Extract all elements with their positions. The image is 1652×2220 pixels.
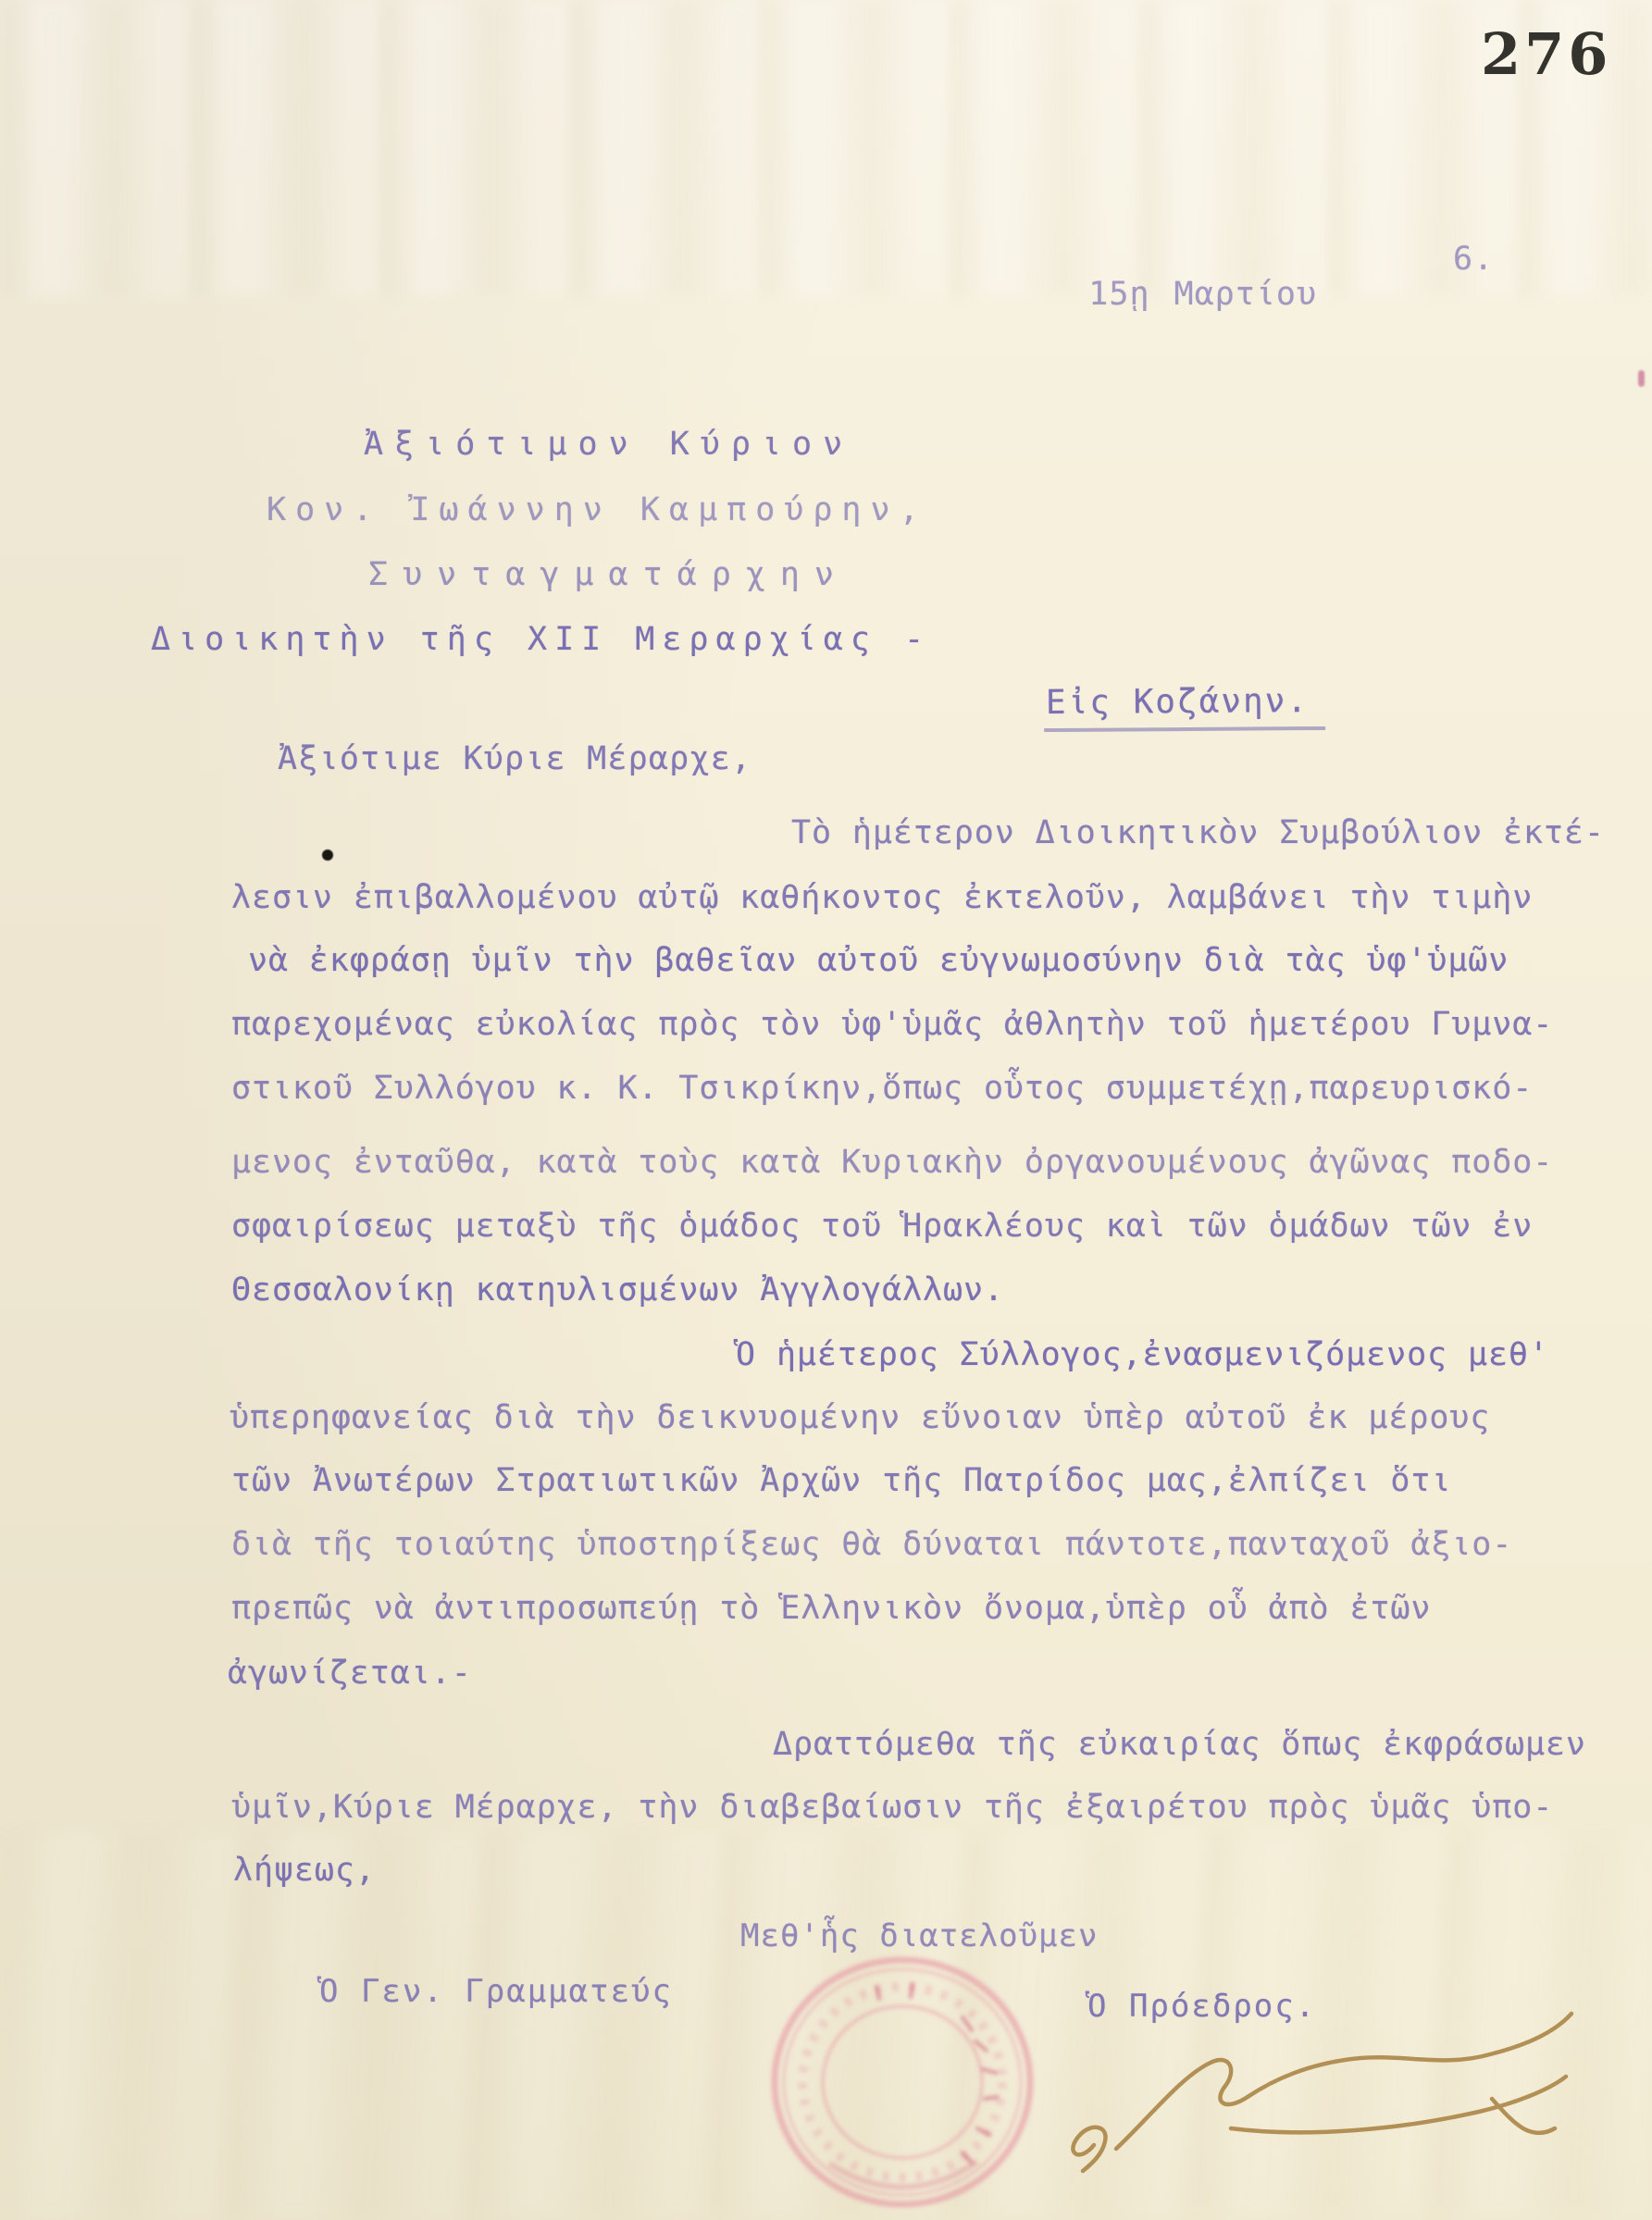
- ink-blot: [322, 850, 333, 861]
- body-line: διὰ τῆς τοιαύτης ὑποστηρίξεως θὰ δύναται…: [231, 1526, 1512, 1563]
- body-line: τῶν Ἀνωτέρων Στρατιωτικῶν Ἀρχῶν τῆς Πατρ…: [231, 1462, 1451, 1499]
- body-line: ἀγωνίζεται.-: [228, 1655, 472, 1692]
- body-line: νὰ ἐκφράσῃ ὑμῖν τὴν βαθεῖαν αὐτοῦ εὐγνωμ…: [248, 942, 1509, 979]
- destination-line: Εἰς Κοζάνην.: [1044, 683, 1325, 731]
- recipient-line-rank: Συνταγματάρχην: [368, 556, 849, 593]
- page-number: 276: [1481, 20, 1611, 88]
- destination-text: Εἰς Κοζάνην.: [1044, 682, 1325, 732]
- secretary-title: Ὁ Γεν. Γραμματεύς: [319, 1973, 673, 2010]
- date-year: 6.: [1453, 241, 1494, 278]
- recipient-line-name: Κον. Ἰωάννην Καμπούρην,: [267, 491, 928, 528]
- body-line: ὑπερηφανείας διὰ τὴν δεικνυομένην εὔνοια…: [230, 1399, 1490, 1436]
- ink-speck: [1638, 370, 1645, 387]
- date-day: 15ῃ: [1088, 276, 1149, 313]
- body-line: ὑμῖν,Κύριε Μέραρχε, τὴν διαβεβαίωσιν τῆς…: [231, 1789, 1553, 1826]
- body-line: Ὁ ἡμέτερος Σύλλογος,ἐνασμενιζόμενος μεθ': [736, 1336, 1549, 1373]
- recipient-line-honorific: Ἀξιότιμον Κύριον: [364, 426, 853, 463]
- body-line: Θεσσαλονίκῃ κατηυλισμένων Ἀγγλογάλλων.: [231, 1271, 1004, 1308]
- body-line: λεσιν ἐπιβαλλομένου αὐτῷ καθήκοντος ἐκτε…: [231, 879, 1533, 916]
- recipient-line-command: Διοικητὴν τῆς XII Μεραρχίας -: [151, 621, 931, 658]
- body-line: Τὸ ἡμέτερον Διοικητικὸν Συμβούλιον ἐκτέ-: [791, 814, 1605, 851]
- salutation: Ἀξιότιμε Κύριε Μέραρχε,: [278, 740, 751, 777]
- body-line: σφαιρίσεως μεταξὺ τῆς ὁμάδος τοῦ Ἡρακλέο…: [231, 1208, 1533, 1245]
- body-line: λήψεως,: [233, 1852, 376, 1889]
- body-line: στικοῦ Συλλόγου κ. Κ. Τσικρίκην,ὅπως οὗτ…: [231, 1070, 1533, 1107]
- date-month: Μαρτίου: [1174, 276, 1318, 313]
- paper-crease-texture-top: [0, 0, 1652, 296]
- date-line: 15ῃΜαρτίου6.: [1007, 239, 1317, 350]
- scanned-letter-page: 276 15ῃΜαρτίου6. Ἀξιότιμον Κύριον Κον. Ἰ…: [0, 0, 1652, 2220]
- president-signature: [1055, 1990, 1610, 2202]
- circular-stamp: [720, 1932, 1090, 2220]
- body-line: παρεχομένας εὐκολίας πρὸς τὸν ὑφ'ὑμᾶς ἀθ…: [231, 1006, 1553, 1043]
- body-line: μενος ἐνταῦθα, κατὰ τοὺς κατὰ Κυριακὴν ὀ…: [231, 1144, 1553, 1181]
- body-line: Δραττόμεθα τῆς εὐκαιρίας ὅπως ἐκφράσωμεν: [773, 1726, 1586, 1763]
- body-line: πρεπῶς νὰ ἀντιπροσωπεύῃ τὸ Ἑλληνικὸν ὄνο…: [231, 1590, 1431, 1627]
